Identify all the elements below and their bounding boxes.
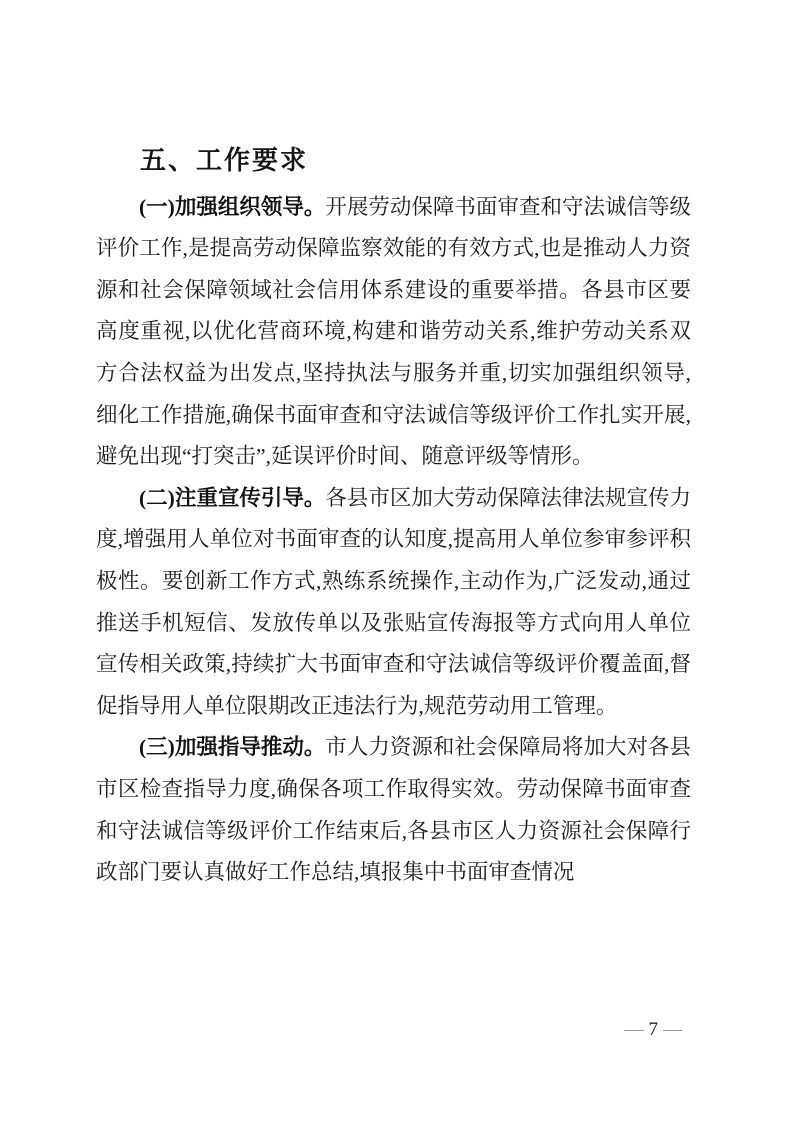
paragraph-lead: (二)注重宣传引导。 bbox=[139, 486, 325, 510]
body-paragraph: (一)加强组织领导。开展劳动保障书面审查和守法诚信等级评价工作,是提高劳动保障监… bbox=[96, 187, 691, 478]
paragraph-text: 开展劳动保障书面审查和守法诚信等级评价工作,是提高劳动保障监察效能的有效方式,也… bbox=[96, 195, 691, 469]
paragraph-text: 各县市区加大劳动保障法律法规宣传力度,增强用人单位对书面审查的认知度,提高用人单… bbox=[96, 486, 691, 718]
page-number-value: 7 bbox=[647, 1019, 661, 1040]
page-number-dash: — bbox=[660, 1019, 685, 1040]
paragraph-lead: (一)加强组织领导。 bbox=[139, 195, 325, 219]
body-paragraph: (三)加强指导推动。市人力资源和社会保障局将加大对各县市区检查指导力度,确保各项… bbox=[96, 727, 691, 893]
paragraph-lead: (三)加强指导推动。 bbox=[139, 735, 325, 759]
page-number-dash: — bbox=[622, 1019, 647, 1040]
page-number: —7— bbox=[622, 1018, 686, 1042]
document-body: 五、工作要求 (一)加强组织领导。开展劳动保障书面审查和守法诚信等级评价工作,是… bbox=[96, 140, 691, 894]
section-heading: 五、工作要求 bbox=[140, 140, 691, 182]
paragraph-list: (一)加强组织领导。开展劳动保障书面审查和守法诚信等级评价工作,是提高劳动保障监… bbox=[96, 187, 691, 894]
body-paragraph: (二)注重宣传引导。各县市区加大劳动保障法律法规宣传力度,增强用人单位对书面审查… bbox=[96, 478, 691, 728]
document-page: 五、工作要求 (一)加强组织领导。开展劳动保障书面审查和守法诚信等级评价工作,是… bbox=[0, 0, 793, 1122]
